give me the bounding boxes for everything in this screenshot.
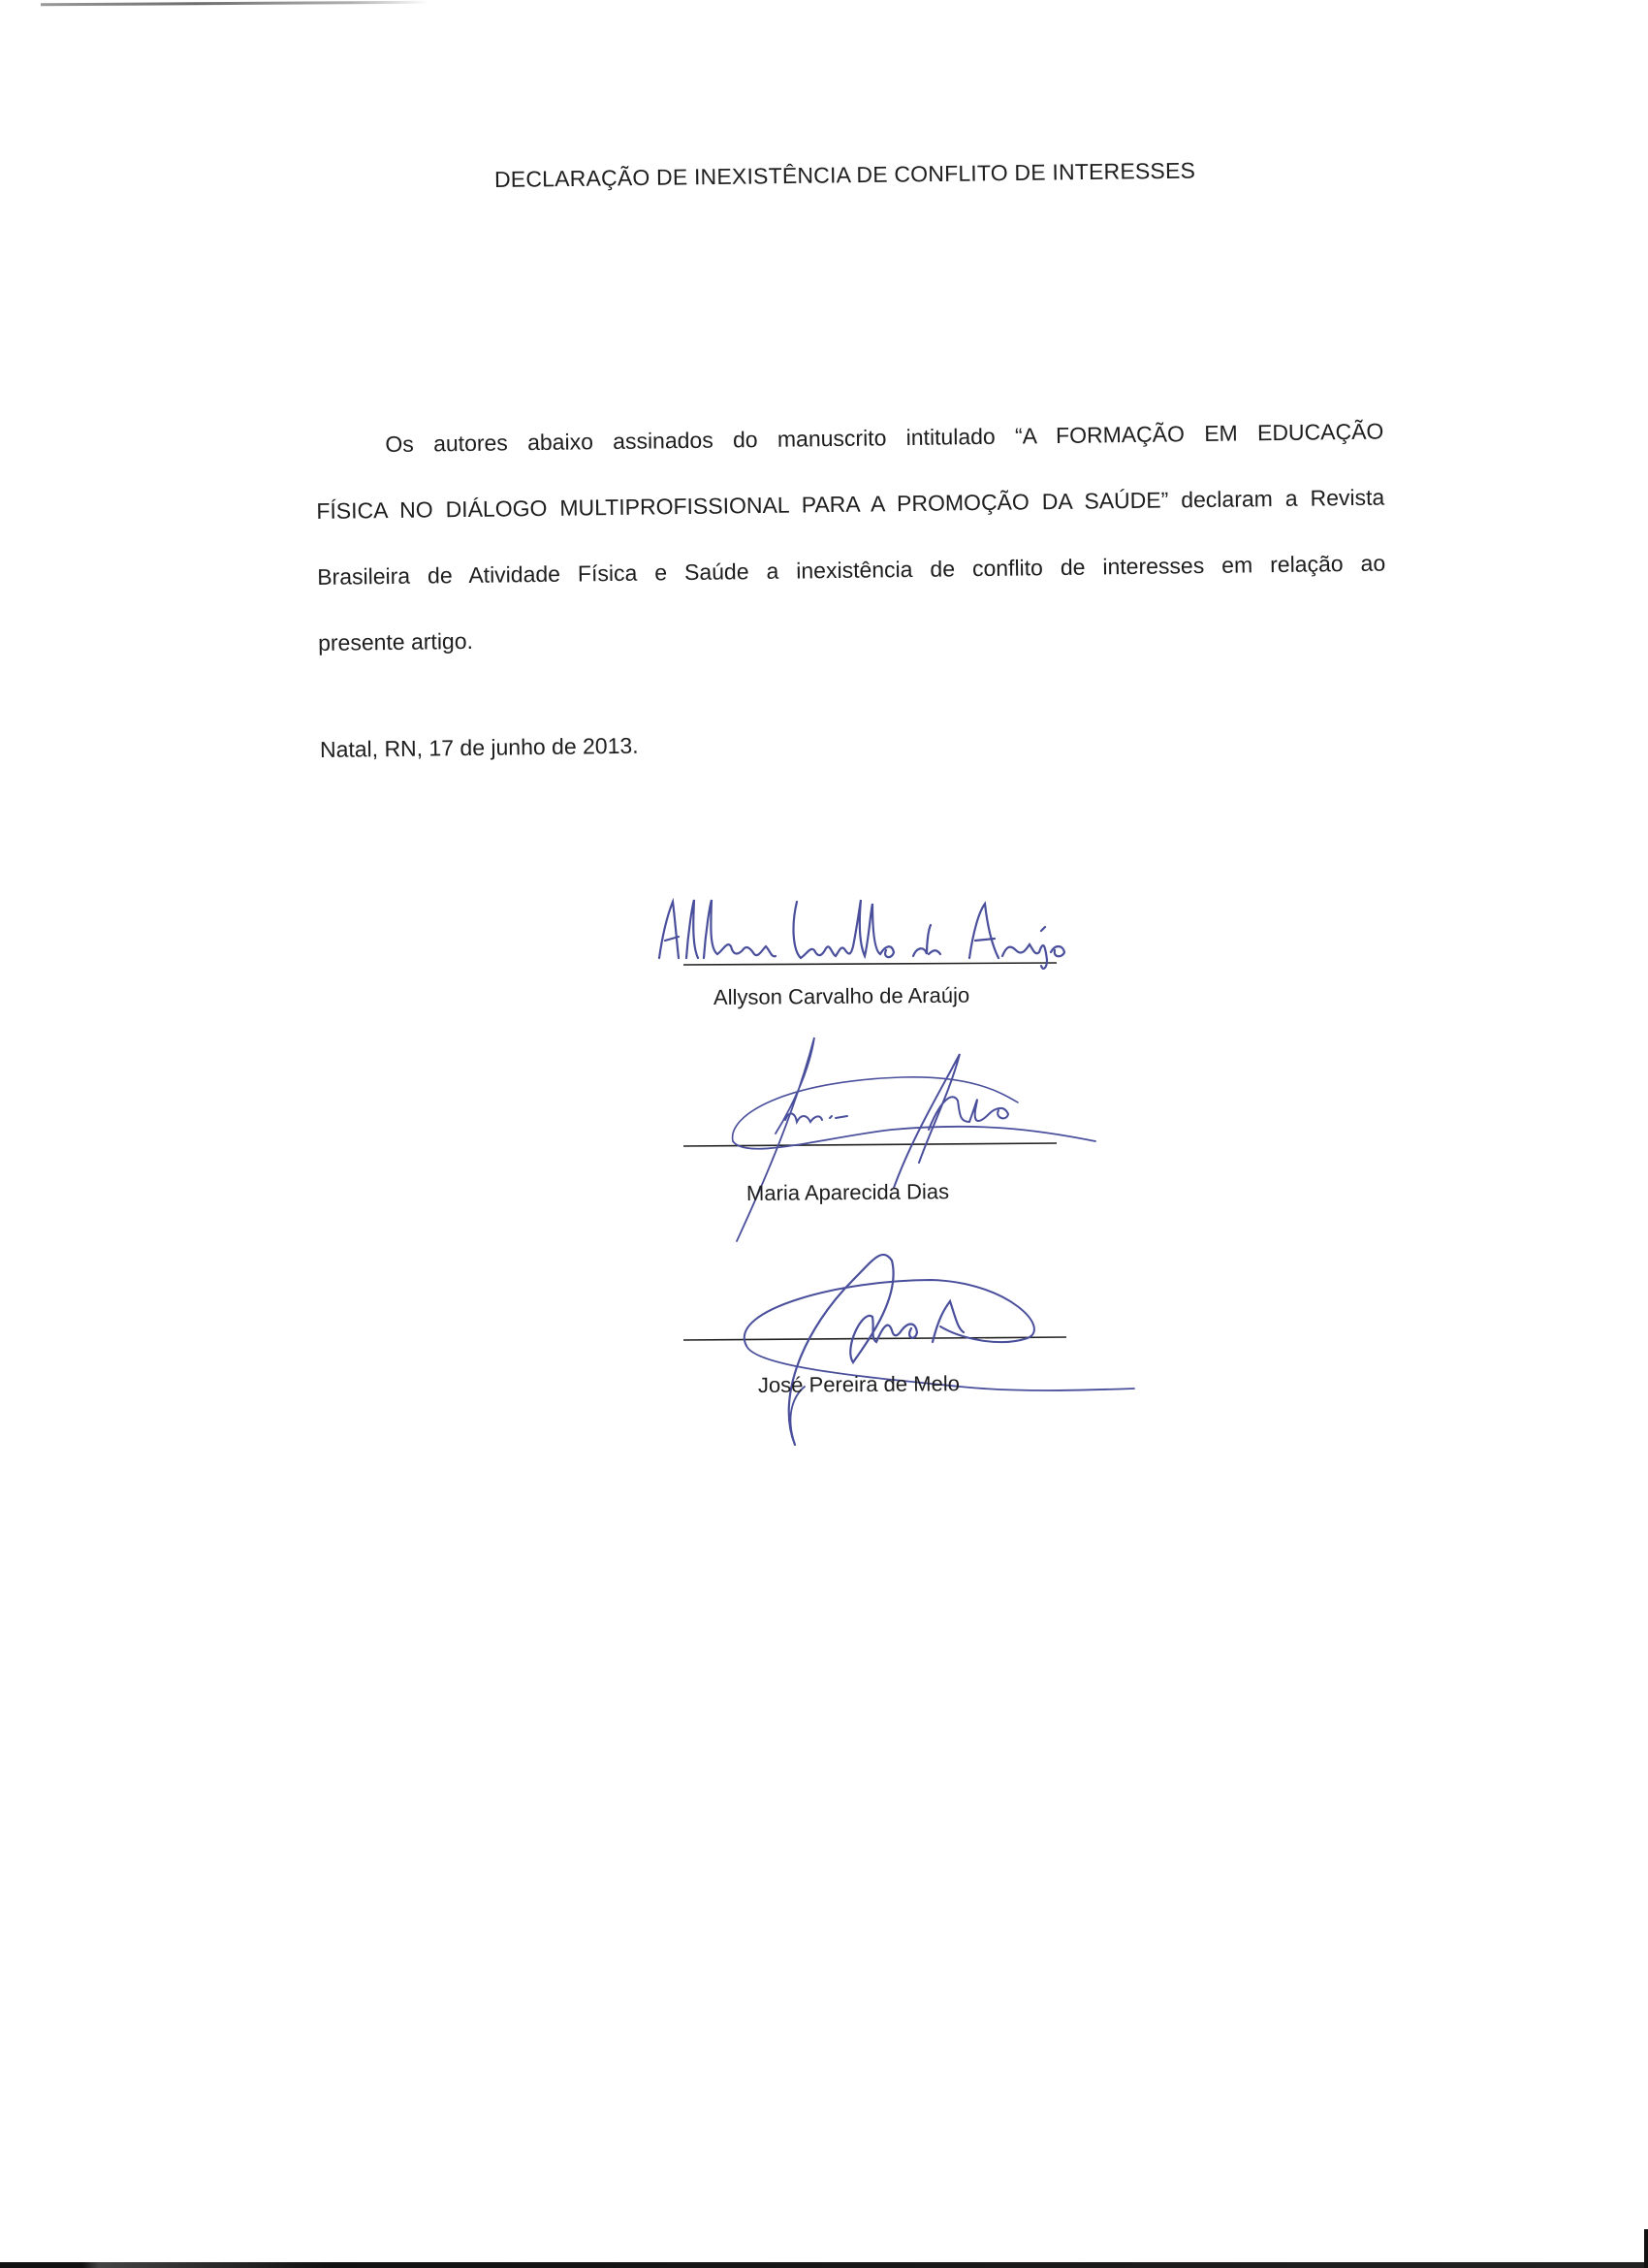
signature-jose (669, 1241, 1154, 1464)
document-title: DECLARAÇÃO DE INEXISTÊNCIA DE CONFLITO D… (494, 158, 1192, 193)
paragraph-line: presente artigo. (318, 596, 1387, 676)
scan-edge-artifact-top (41, 1, 428, 6)
scan-edge-artifact-bottom (0, 2262, 1648, 2268)
signature-allyson (650, 873, 1095, 970)
paragraph-line: Brasileira de Atividade Física e Saúde a… (317, 530, 1386, 610)
signature-maria (669, 1033, 1115, 1246)
scan-edge-artifact-right (1644, 2229, 1648, 2268)
signatory-name-3: José Pereira de Melo (758, 1371, 960, 1398)
signatory-name-1: Allyson Carvalho de Araújo (713, 983, 969, 1010)
signatory-name-2: Maria Aparecida Dias (746, 1179, 949, 1206)
place-and-date: Natal, RN, 17 de junho de 2013. (320, 733, 639, 763)
declaration-paragraph: Os autores abaixo assinados do manuscrit… (315, 399, 1386, 676)
